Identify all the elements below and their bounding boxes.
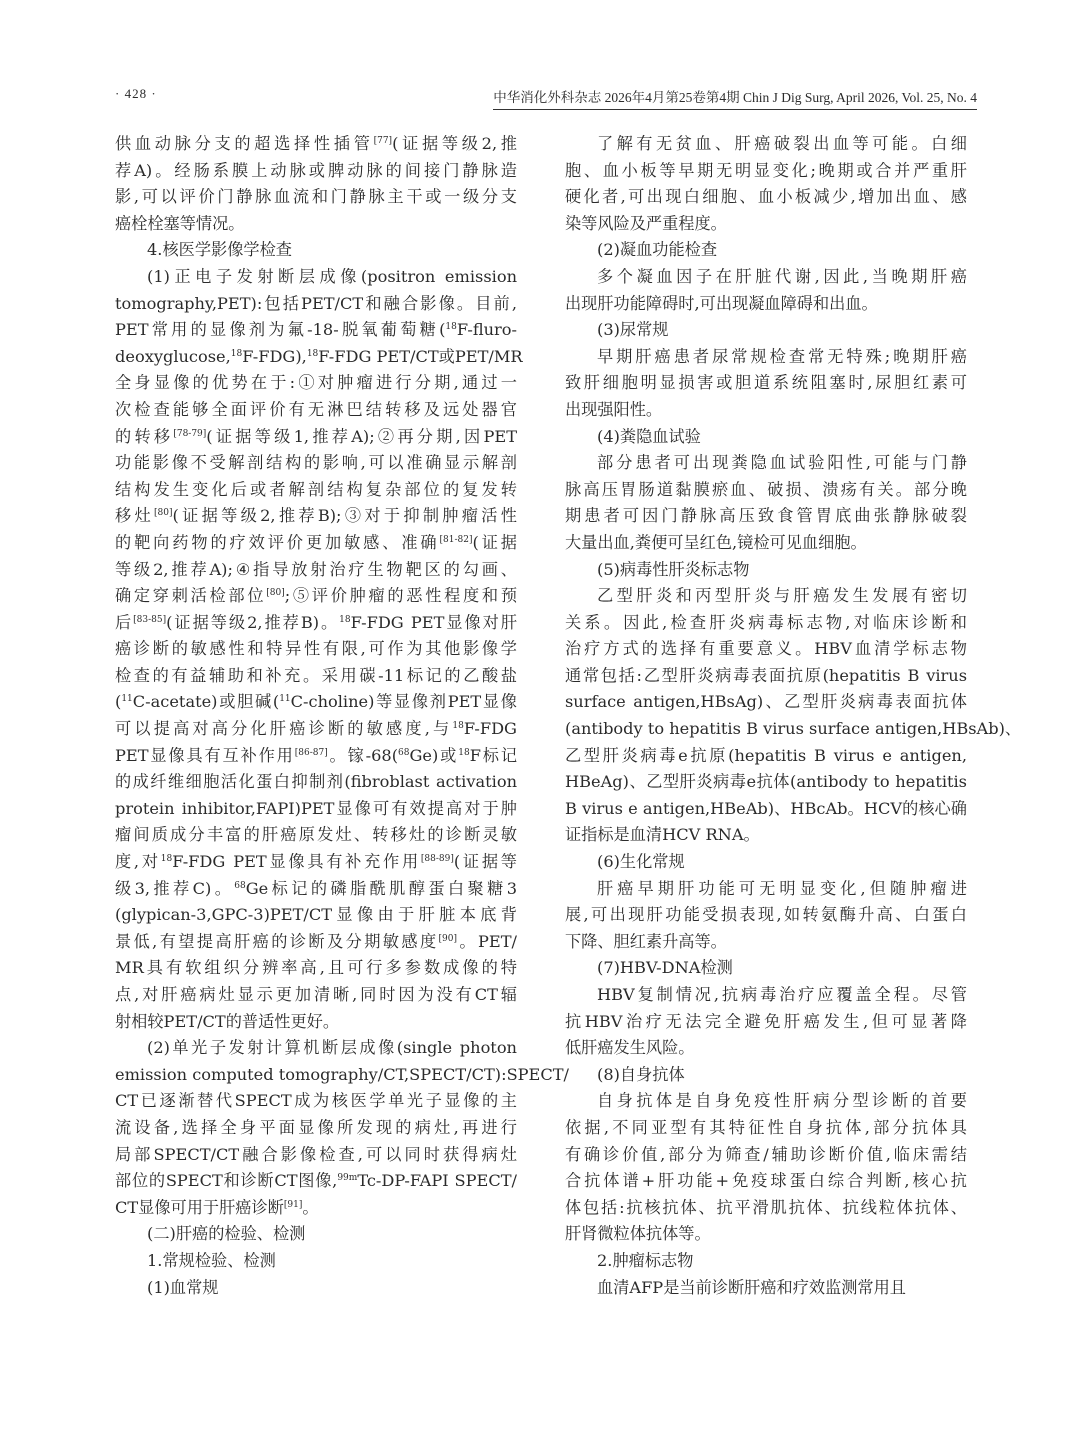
text-line: 的成纤维细胞活化蛋白抑制剂(fibroblast activation [115,769,517,796]
section-heading: (二)肝癌的检验、检测 [115,1221,517,1248]
text-line: 期患者可因门静脉高压致食管胃底曲张静脉破裂 [565,503,967,530]
text-line: 胞、血小板等早期无明显变化;晚期或合并严重肝 [565,158,967,185]
text-line: 染等风险及严重程度。 [565,211,967,238]
text-line: (1)正电子发射断层成像(positron emission [115,264,517,291]
text-line: 肝肾微粒体抗体等。 [565,1221,967,1248]
text-line: 出现强阳性。 [565,397,967,424]
text-line: 荐A)。经肠系膜上动脉或脾动脉的间接门静脉造 [115,158,517,185]
section-heading: 4.核医学影像学检查 [115,237,517,264]
text-line: B virus e antigen,HBeAb)、HBcAb。HCV的核心确 [565,796,967,823]
journal-citation: 中华消化外科杂志 2026年4月第25卷第4期 Chin J Dig Surg,… [493,86,977,110]
text-line: 出现肝功能障碍时,可出现凝血障碍和出血。 [565,291,967,318]
section-heading: (4)粪隐血试验 [565,424,967,451]
text-line: 的靶向药物的疗效评价更加敏感、准确[81-82](证据 [115,530,517,557]
section-heading: (8)自身抗体 [565,1062,967,1089]
section-heading: (3)尿常规 [565,317,967,344]
text-line: MR具有软组织分辨率高,且可行多参数成像的特 [115,955,517,982]
section-heading: 2.肿瘤标志物 [565,1248,967,1275]
text-line: 证指标是血清HCV RNA。 [565,822,967,849]
text-line: HBV复制情况,抗病毒治疗应覆盖全程。尽管 [565,982,967,1009]
text-line: 自身抗体是自身免疫性肝病分型诊断的首要 [565,1088,967,1115]
text-line: 可以提高对高分化肝癌诊断的敏感度,与18F-FDG [115,716,517,743]
text-line: 硬化者,可出现白细胞、血小板减少,增加出血、感 [565,184,967,211]
text-line: 瘤间质成分丰富的肝癌原发灶、转移灶的诊断灵敏 [115,822,517,849]
text-line: deoxyglucose,18F-FDG),18F-FDG PET/CT或PET… [115,344,517,371]
text-line: 多个凝血因子在肝脏代谢,因此,当晚期肝癌 [565,264,967,291]
text-line: 影,可以评价门静脉血流和门静脉主干或一级分支 [115,184,517,211]
text-line: 依据,不同亚型有其特征性自身抗体,部分抗体具 [565,1115,967,1142]
text-line: 功能影像不受解剖结构的影响,可以准确显示解剖 [115,450,517,477]
text-line: 局部SPECT/CT融合影像检查,可以同时获得病灶 [115,1142,517,1169]
text-line: (antibody to hepatitis B virus surface a… [565,716,967,743]
right-column: 了解有无贫血、肝癌破裂出血等可能。白细胞、血小板等早期无明显变化;晚期或合并严重… [565,131,967,1301]
text-line: 治疗方式的选择有重要意义。HBV血清学标志物 [565,636,967,663]
text-line: PET常用的显像剂为氟-18-脱氧葡萄糖(18F-fluro- [115,317,517,344]
text-line: 流设备,选择全身平面显像所发现的病灶,再进行 [115,1115,517,1142]
text-line: (11C-acetate)或胆碱(11C-choline)等显像剂PET显像 [115,689,517,716]
section-heading: (1)血常规 [115,1275,517,1302]
left-column: 供血动脉分支的超选择性插管[77](证据等级2,推荐A)。经肠系膜上动脉或脾动脉… [115,131,517,1301]
text-line: CT显像可用于肝癌诊断[91]。 [115,1195,517,1222]
text-line: 移灶[80](证据等级2,推荐B);③对于抑制肿瘤活性 [115,503,517,530]
text-line: CT已逐渐替代SPECT成为核医学单光子显像的主 [115,1088,517,1115]
section-heading: (7)HBV-DNA检测 [565,955,967,982]
text-line: 次检查能够全面评价有无淋巴结转移及远处器官 [115,397,517,424]
text-line: 检查的有益辅助和补充。采用碳-11标记的乙酸盐 [115,663,517,690]
text-line: (2)单光子发射计算机断层成像(single photon [115,1035,517,1062]
text-line: 癌栓栓塞等情况。 [115,211,517,238]
text-line: 乙型肝炎和丙型肝炎与肝癌发生发展有密切 [565,583,967,610]
text-line: 肝癌早期肝功能可无明显变化,但随肿瘤进 [565,876,967,903]
text-line: 合抗体谱+肝功能+免疫球蛋白综合判断,核心抗 [565,1168,967,1195]
text-line: 展,可出现肝功能受损表现,如转氨酶升高、白蛋白 [565,902,967,929]
text-line: 供血动脉分支的超选择性插管[77](证据等级2,推 [115,131,517,158]
text-line: 级3,推荐C)。68Ge标记的磷脂酰肌醇蛋白聚糖3 [115,876,517,903]
text-line: 大量出血,粪便可呈红色,镜检可见血细胞。 [565,530,967,557]
text-line: 有确诊价值,部分为筛查/辅助诊断价值,临床需结 [565,1142,967,1169]
section-heading: (6)生化常规 [565,849,967,876]
text-line: 的转移[78-79](证据等级1,推荐A);②再分期,因PET [115,424,517,451]
text-line: 射相较PET/CT的普适性更好。 [115,1009,517,1036]
text-line: 通常包括:乙型肝炎病毒表面抗原(hepatitis B virus [565,663,967,690]
text-line: 确定穿刺活检部位[80];⑤评价肿瘤的恶性程度和预 [115,583,517,610]
text-line: 致肝细胞明显损害或胆道系统阻塞时,尿胆红素可 [565,370,967,397]
text-line: 早期肝癌患者尿常规检查常无特殊;晚期肝癌 [565,344,967,371]
text-line: 癌诊断的敏感性和特异性有限,可作为其他影像学 [115,636,517,663]
text-line: 点,对肝癌病灶显示更加清晰,同时因为没有CT辐 [115,982,517,1009]
text-line: 抗HBV治疗无法完全避免肝癌发生,但可显著降 [565,1009,967,1036]
section-heading: (5)病毒性肝炎标志物 [565,557,967,584]
text-line: 低肝癌发生风险。 [565,1035,967,1062]
text-line: PET显像具有互补作用[86-87]。镓-68(68Ge)或18F标记 [115,743,517,770]
text-line: 全身显像的优势在于:①对肿瘤进行分期,通过一 [115,370,517,397]
text-line: 下降、胆红素升高等。 [565,929,967,956]
text-line: (glypican-3,GPC-3)PET/CT显像由于肝脏本底背 [115,902,517,929]
text-line: emission computed tomography/CT,SPECT/CT… [115,1062,517,1089]
text-line: 血清AFP是当前诊断肝癌和疗效监测常用且 [565,1275,967,1302]
section-heading: 1.常规检验、检测 [115,1248,517,1275]
running-header: · 428 · 中华消化外科杂志 2026年4月第25卷第4期 Chin J D… [115,86,977,110]
text-line: 结构发生变化后或者解剖结构复杂部位的复发转 [115,477,517,504]
text-line: 乙型肝炎病毒e抗原(hepatitis B virus e antigen, [565,743,967,770]
text-line: 度,对18F-FDG PET显像具有补充作用[88-89](证据等 [115,849,517,876]
text-line: 脉高压胃肠道黏膜瘀血、破损、溃疡有关。部分晚 [565,477,967,504]
text-line: 等级2,推荐A);④指导放射治疗生物靶区的勾画、 [115,557,517,584]
text-line: tomography,PET):包括PET/CT和融合影像。目前, [115,291,517,318]
text-line: surface antigen,HBsAg)、乙型肝炎病毒表面抗体 [565,689,967,716]
text-line: HBeAg)、乙型肝炎病毒e抗体(antibody to hepatitis [565,769,967,796]
text-line: 景低,有望提高肝癌的诊断及分期敏感度[90]。PET/ [115,929,517,956]
text-line: 部分患者可出现粪隐血试验阳性,可能与门静 [565,450,967,477]
page-number: · 428 · [115,86,157,102]
section-heading: (2)凝血功能检查 [565,237,967,264]
text-line: 关系。因此,检查肝炎病毒标志物,对临床诊断和 [565,610,967,637]
text-line: protein inhibitor,FAPI)PET显像可有效提高对于肿 [115,796,517,823]
text-line: 部位的SPECT和诊断CT图像,99mTc-DP-FAPI SPECT/ [115,1168,517,1195]
text-line: 后[83-85](证据等级2,推荐B)。18F-FDG PET显像对肝 [115,610,517,637]
text-line: 体包括:抗核抗体、抗平滑肌抗体、抗线粒体抗体、 [565,1195,967,1222]
text-line: 了解有无贫血、肝癌破裂出血等可能。白细 [565,131,967,158]
